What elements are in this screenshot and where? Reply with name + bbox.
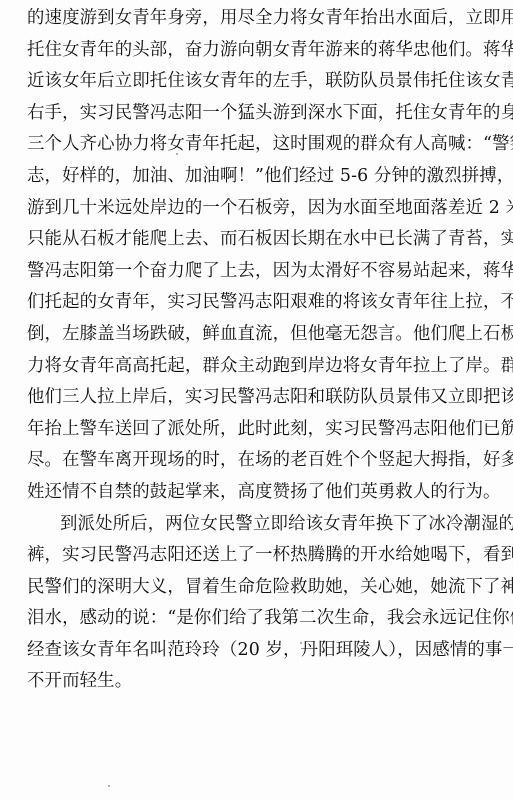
- document-page: 的速度游到女青年身旁，用尽全力将女青年抬出水面后，立即用左手 托住女青年的头部，…: [0, 0, 513, 800]
- scan-speck: [340, 363, 342, 365]
- text-line: 他们三人拉上岸后，实习民警冯志阳和联防队员景伟又立即把该女青: [27, 382, 492, 414]
- paragraph-2: 到派处所后，两位女民警立即给该女青年换下了冰冷潮湿的衣 裤，实习民警冯志阳还送上…: [27, 509, 492, 699]
- document-body: 的速度游到女青年身旁，用尽全力将女青年抬出水面后，立即用左手 托住女青年的头部，…: [27, 3, 492, 698]
- text-line: 游到几十米远处岸边的一个石板旁，因为水面至地面落差近 2 米高，: [27, 193, 492, 225]
- text-line: 年抬上警车送回了派处所，此时此刻，实习民警冯志阳他们已筋疲力: [27, 414, 492, 446]
- scan-speck: [300, 148, 302, 150]
- text-line: 到派处所后，两位女民警立即给该女青年换下了冰冷潮湿的衣: [27, 509, 492, 541]
- scan-speck: [90, 42, 92, 44]
- text-line: 右手，实习民警冯志阳一个猛头游到深水下面，托住女青年的身体，: [27, 98, 492, 130]
- scan-speck: [176, 153, 178, 155]
- scan-speck: [305, 395, 307, 397]
- text-line: 的速度游到女青年身旁，用尽全力将女青年抬出水面后，立即用左手: [27, 3, 492, 35]
- scan-speck: [108, 785, 110, 787]
- text-line: 三个人齐心协力将女青年托起，这时围观的群众有人高喊：“警察同: [27, 129, 492, 161]
- text-line: 近该女年后立即托住该女青年的左手，联防队员景伟托住该女青年的: [27, 66, 492, 98]
- text-line: 经查该女青年名叫范玲玲（20 岁，丹阳珥陵人），因感情的事一时想: [27, 635, 492, 667]
- scan-speck: [300, 642, 302, 644]
- text-line: 不开而轻生。: [27, 666, 492, 698]
- text-line: 们托起的女青年，实习民警冯志阳艰难的将该女青年往上拉，不慎滑: [27, 287, 492, 319]
- paragraph-1: 的速度游到女青年身旁，用尽全力将女青年抬出水面后，立即用左手 托住女青年的头部，…: [27, 3, 492, 509]
- scan-speck: [176, 647, 178, 649]
- text-line: 姓还情不自禁的鼓起掌来，高度赞扬了他们英勇救人的行为。: [27, 477, 492, 509]
- text-line: 民警们的深明大义，冒着生命危险救助她，关心她，她流下了神情的: [27, 572, 492, 604]
- text-line: 尽。在警车离开现场的时，在场的老百姓个个竖起大拇指，好多老百: [27, 445, 492, 477]
- text-line: 倒，左膝盖当场跌破，鲜血直流，但他毫无怨言。他们爬上石板后齐: [27, 319, 492, 351]
- text-line: 裤，实习民警冯志阳还送上了一杯热腾腾的开水给她喝下，看到男女: [27, 540, 492, 572]
- text-line: 泪水，感动的说：“是你们给了我第二次生命，我会永远记住你们！”: [27, 603, 492, 635]
- text-line: 力将女青年高高托起，群众主动跑到岸边将女青年拉上了岸。群众把: [27, 351, 492, 383]
- text-line: 志，好样的，加油、加油啊！”他们经过 5-6 分钟的激烈拼搏，终于: [27, 161, 492, 193]
- text-line: 只能从石板才能爬上去、而石板因长期在水中已长满了青苔，实习民: [27, 224, 492, 256]
- text-line: 托住女青年的头部，奋力游向朝女青年游来的蒋华忠他们。蒋华忠靠: [27, 35, 492, 67]
- text-line: 警冯志阳第一个奋力爬了上去，因为太滑好不容易站起来，蒋华忠他: [27, 256, 492, 288]
